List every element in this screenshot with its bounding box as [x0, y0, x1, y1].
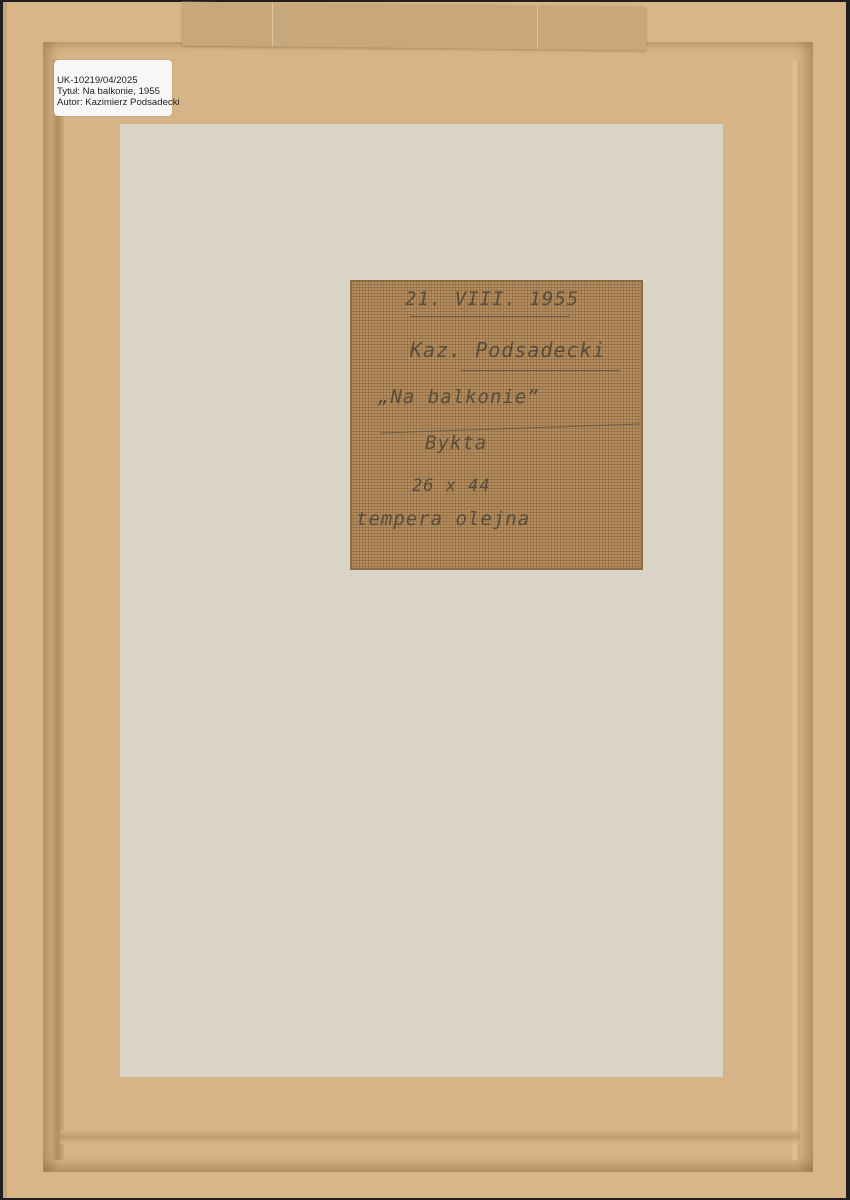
inventory-label: UK-10219/04/2025 Tytuł: Na balkonie, 195…: [54, 60, 172, 116]
masking-tape: [182, 2, 646, 51]
inscription-title: „Na balkonie”: [378, 386, 540, 408]
tape-seam: [272, 3, 273, 47]
paper-fold-left: [52, 60, 64, 1160]
frame-edge: [3, 2, 7, 1198]
label-inventory-number: UK-10219/04/2025: [57, 75, 180, 86]
inscription-date: 21. VIII. 1955: [405, 288, 579, 310]
label-author: Autor: Kazimierz Podsadecki: [57, 97, 180, 108]
underline: [410, 316, 570, 317]
underline: [460, 370, 620, 371]
canvas-window: 21. VIII. 1955 Kaz. Podsadecki „Na balko…: [350, 280, 643, 570]
inscription-size: 26 x 44: [412, 476, 491, 496]
inscription-author: Kaz. Podsadecki: [410, 338, 606, 362]
inscription-medium: Bykta: [425, 432, 487, 454]
paper-fold-right: [790, 60, 800, 1160]
underline: [380, 423, 640, 433]
inscription-technique: tempera olejna: [356, 508, 530, 530]
grey-board: [120, 124, 723, 1077]
paper-fold-bottom: [60, 1130, 800, 1144]
tape-seam: [537, 5, 538, 49]
label-title: Tytuł: Na balkonie, 1955: [57, 86, 180, 97]
